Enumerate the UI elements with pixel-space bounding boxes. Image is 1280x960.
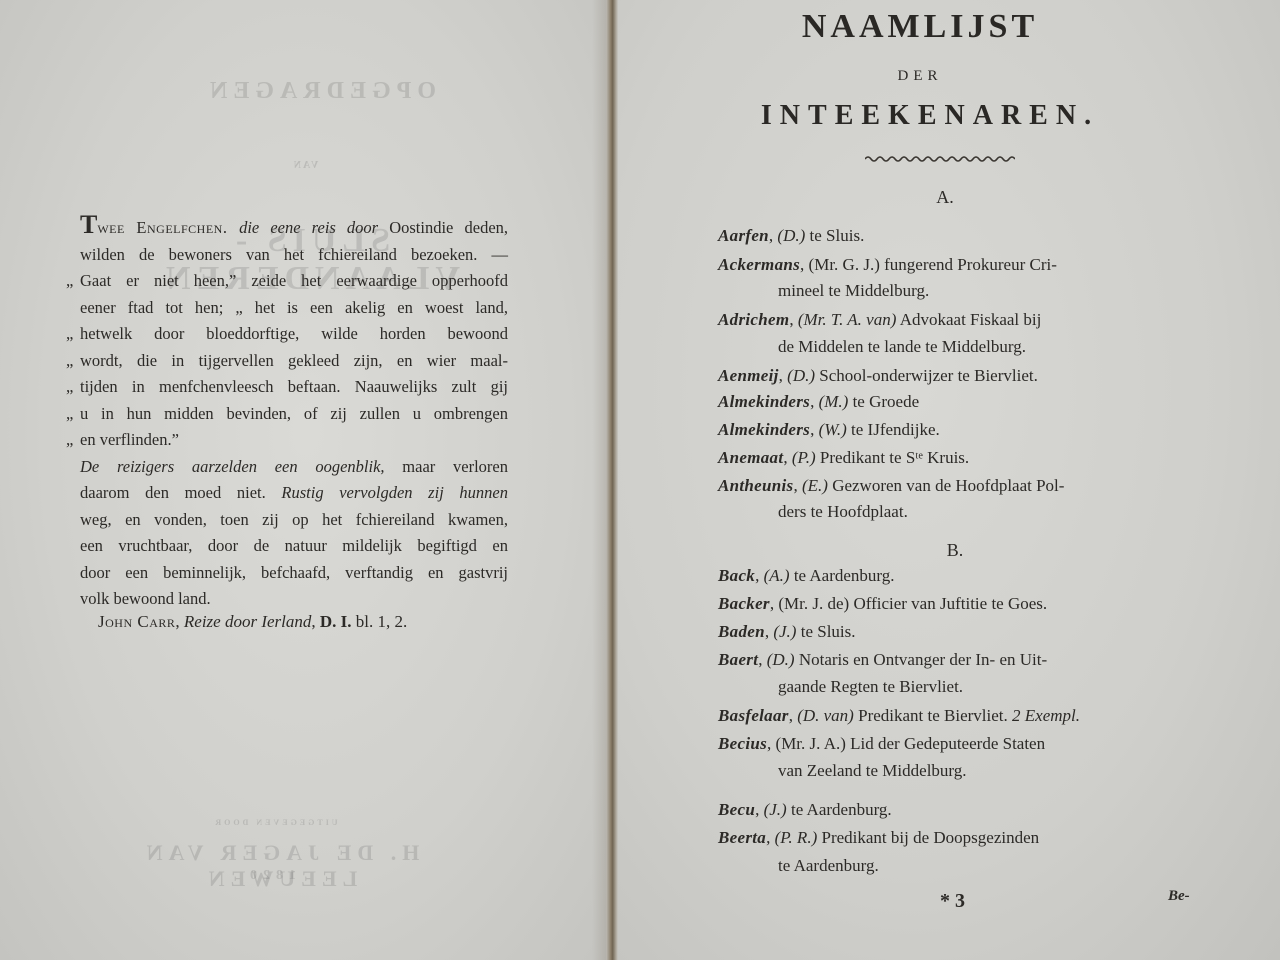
show-through-text: OPGEDRAGEN: [170, 78, 470, 105]
list-item: Backer, (Mr. J. de) Officier van Juftiti…: [718, 594, 1188, 614]
epigraph-line: „Gaat er niet heen,” zeide het eerwaardi…: [80, 268, 508, 295]
epigraph-line: „en verflinden.”: [80, 427, 508, 454]
page-title-der: DER: [770, 68, 1070, 85]
list-item: Almekinders, (W.) te IJfendijke.: [718, 420, 1188, 440]
list-item: Ackermans, (Mr. G. J.) fungerend Prokure…: [718, 255, 1188, 275]
epigraph-line: volk bewoond land.: [80, 586, 508, 613]
list-item: Almekinders, (M.) te Groede: [718, 392, 1188, 412]
page-subtitle: INTEEKENAREN.: [720, 100, 1140, 132]
epigraph-line: wilden de bewoners van het fchiereiland …: [80, 242, 508, 269]
epigraph-line: „hetwelk door bloeddorftige, wilde horde…: [80, 321, 508, 348]
list-item-continuation: ders te Hoofdplaat.: [778, 502, 908, 522]
epigraph-line: „u in hun midden bevinden, of zij zullen…: [80, 401, 508, 428]
signature-mark: * 3: [940, 890, 965, 913]
list-item: Aarfen, (D.) te Sluis.: [718, 226, 1188, 246]
epigraph-citation: John Carr, Reize door Ierland, D. I. bl.…: [98, 612, 508, 632]
catchword: Be-: [1168, 888, 1190, 905]
epigraph: Twee Engelfchen. die eene reis door Oost…: [80, 215, 508, 613]
list-item-continuation: van Zeeland te Middelburg.: [778, 761, 967, 781]
list-item-continuation: de Middelen te lande te Middelburg.: [778, 337, 1026, 357]
list-item: Baden, (J.) te Sluis.: [718, 622, 1188, 642]
list-item: Basfelaar, (D. van) Predikant te Biervli…: [718, 706, 1188, 726]
list-item: Becu, (J.) te Aardenburg.: [718, 800, 1188, 820]
book-gutter: [606, 0, 618, 960]
epigraph-line: „tijden in menfchenvleesch beftaan. Naau…: [80, 374, 508, 401]
page-title: NAAMLIJST: [770, 8, 1070, 46]
epigraph-line: eener ftad tot hen; „ het is een akelig …: [80, 295, 508, 322]
left-page: OPGEDRAGEN VAN SLUIS - VLAANDEREN UITGEG…: [0, 0, 612, 960]
drop-cap: T: [80, 210, 97, 239]
list-item: Beerta, (P. R.) Predikant bij de Doopsge…: [718, 828, 1188, 848]
citation-author: John Carr: [98, 612, 175, 631]
epigraph-line: „wordt, die in tijgervellen gekleed zijn…: [80, 348, 508, 375]
section-letter-a: A.: [925, 187, 965, 208]
section-letter-b: B.: [935, 540, 975, 561]
epigraph-line: weg, en vonden, toen zij op het fchierei…: [80, 507, 508, 534]
citation-work: Reize door Ierland: [184, 612, 311, 631]
epigraph-line: De reizigers aarzelden een oogenblik, ma…: [80, 454, 508, 481]
list-item-continuation: te Aardenburg.: [778, 856, 879, 876]
citation-volume: D. I.: [320, 612, 352, 631]
show-through-text: UITGEGEVEN DOOR: [110, 818, 440, 827]
show-through-text: H. DE JAGER VAN LEEUWEN: [100, 840, 460, 892]
list-item: Becius, (Mr. J. A.) Lid der Gedeputeerde…: [718, 734, 1188, 754]
list-item: Back, (A.) te Aardenburg.: [718, 566, 1188, 586]
list-item: Anemaat, (P.) Predikant te Sᵗᵉ Kruis.: [718, 448, 1188, 468]
list-item: Aenmeij, (D.) School-onderwijzer te Bier…: [718, 366, 1188, 386]
list-item: Antheunis, (E.) Gezworen van de Hoofdpla…: [718, 476, 1188, 496]
list-item-continuation: mineel te Middelburg.: [778, 281, 929, 301]
citation-pages: bl. 1, 2.: [356, 612, 407, 631]
list-item-continuation: gaande Regten te Biervliet.: [778, 677, 963, 697]
list-item: Baert, (D.) Notaris en Ontvanger der In-…: [718, 650, 1188, 670]
epigraph-line: daarom den moed niet. Rustig vervolgden …: [80, 480, 508, 507]
wavy-rule-ornament: [865, 155, 1015, 163]
show-through-text: VAN: [230, 160, 380, 171]
epigraph-line: door een beminnelijk, befchaafd, verftan…: [80, 560, 508, 587]
epigraph-line: een vruchtbaar, door de natuur mildelijk…: [80, 533, 508, 560]
epigraph-line: Twee Engelfchen. die eene reis door Oost…: [80, 215, 508, 242]
list-item: Adrichem, (Mr. T. A. van) Advokaat Fiska…: [718, 310, 1188, 330]
show-through-text: 1820: [220, 868, 320, 884]
